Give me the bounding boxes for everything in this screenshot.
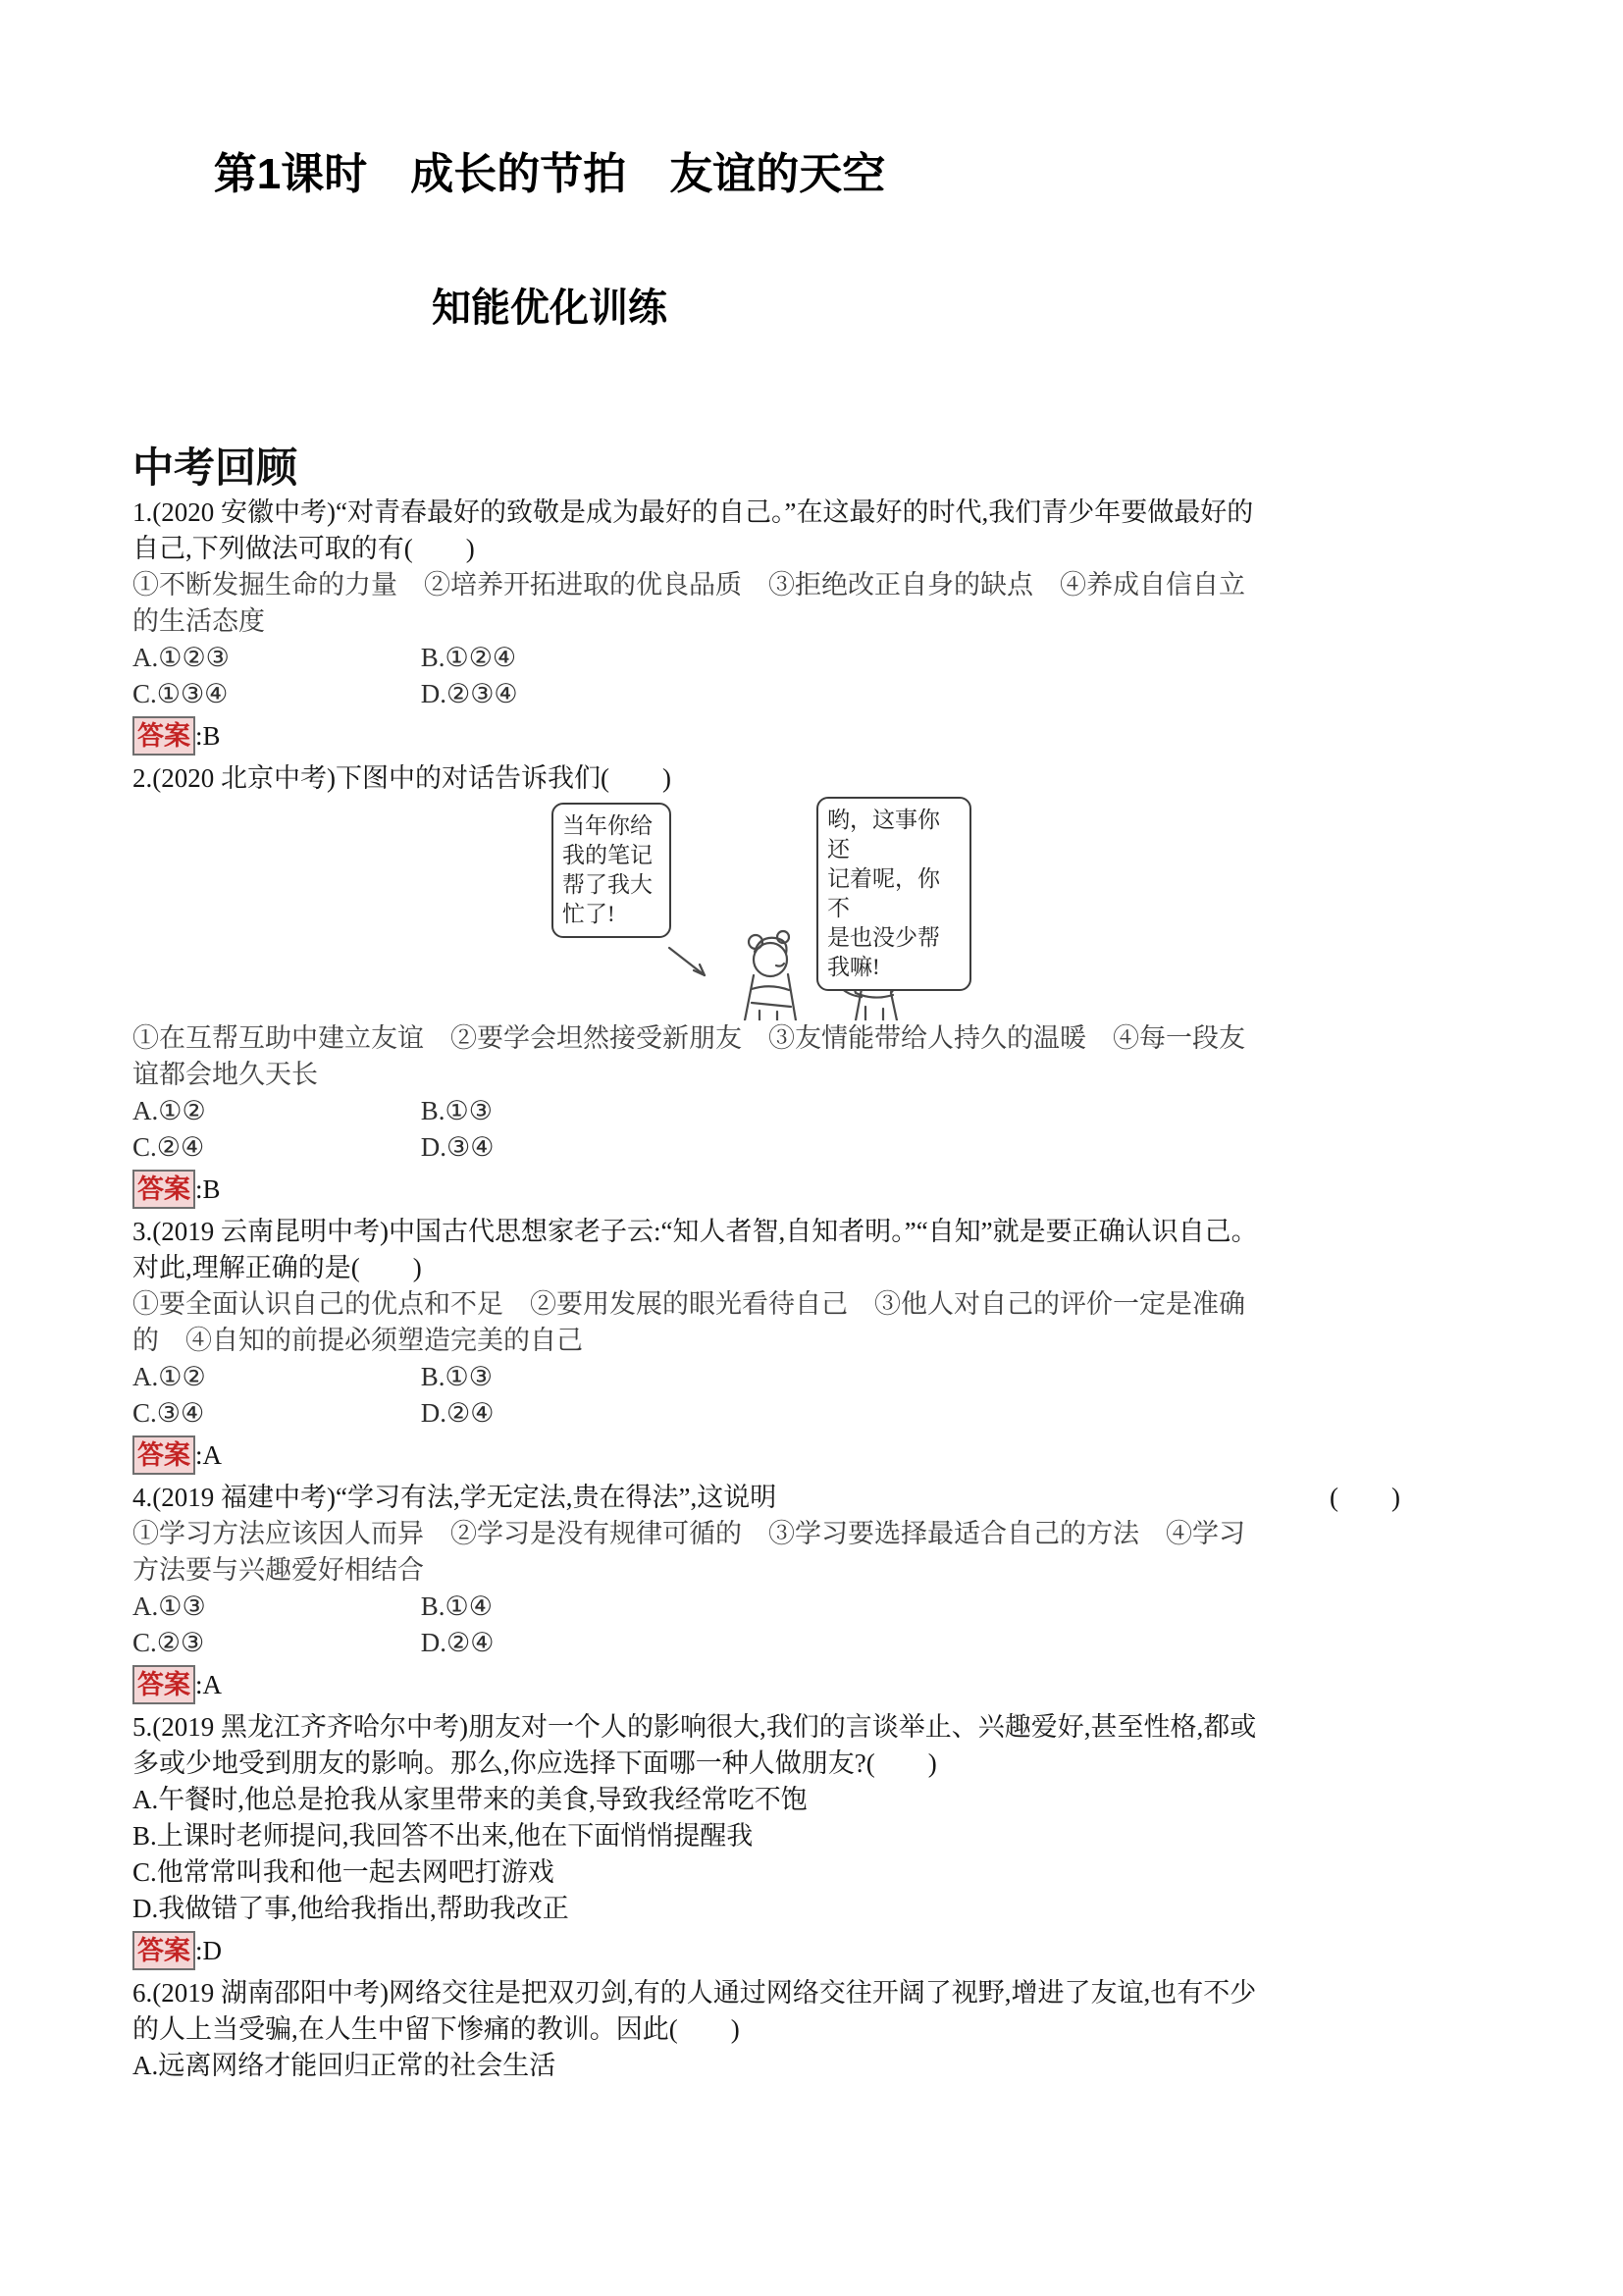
question-stem-line: 5.(2019 黑龙江齐齐哈尔中考)朋友对一个人的影响很大,我们的言谈举止、兴趣… — [132, 1709, 1496, 1746]
answer-value: D — [203, 1934, 223, 1967]
option-d: D.③④ — [421, 1132, 495, 1162]
answer-value: A — [203, 1668, 223, 1701]
option-row: A.①② B.①③ — [132, 1093, 1496, 1129]
dialogue-cartoon: 当年你给 我的笔记 帮了我大 忙了! 哟，这事你还 记着呢，你不 是也没少帮 我… — [550, 797, 1030, 1020]
question-stem-text: 4.(2019 福建中考)“学习有法,学无定法,贵在得法”,这说明 — [132, 1483, 776, 1512]
answer-colon: : — [195, 719, 203, 753]
option-d: D.②③④ — [421, 679, 518, 708]
answer-colon: : — [195, 1934, 203, 1967]
option-c: C.①③④ — [132, 676, 414, 712]
heading-block: 第1课时 成长的节拍 友谊的天空 知能优化训练 — [132, 147, 967, 334]
option-row: A.①③ B.①④ — [132, 1589, 1496, 1625]
answer-label: 答案 — [132, 1931, 195, 1970]
answer-blank-parens: ( ) — [1330, 1480, 1400, 1516]
page-subtitle: 知能优化训练 — [132, 283, 967, 334]
option-row: C.②③ D.②④ — [132, 1625, 1496, 1661]
option-a: A.①③ — [132, 1589, 414, 1625]
answer-colon: : — [195, 1173, 203, 1206]
answer-row: 答案 : B — [132, 1167, 1496, 1212]
answer-row: 答案 : A — [132, 1662, 1496, 1707]
question-stem-line: 的人上当受骗,在人生中留下惨痛的教训。因此( ) — [132, 2011, 1496, 2048]
speech-bubble-right: 哟，这事你还 记着呢，你不 是也没少帮 我嘛! — [816, 797, 971, 991]
answer-row: 答案 : B — [132, 713, 1496, 758]
question-items-line: ①在互帮互助中建立友谊 ②要学会坦然接受新朋友 ③友情能带给人持久的温暖 ④每一… — [132, 1020, 1496, 1057]
option-d: D.我做错了事,他给我指出,帮助我改正 — [132, 1891, 1496, 1927]
speech-bubble-left: 当年你给 我的笔记 帮了我大 忙了! — [551, 803, 671, 938]
option-b: B.①③ — [421, 1096, 493, 1125]
option-row: C.②④ D.③④ — [132, 1129, 1496, 1166]
option-a: A.午餐时,他总是抢我从家里带来的美食,导致我经常吃不饱 — [132, 1782, 1496, 1818]
option-a: A.①② — [132, 1093, 414, 1129]
page-title: 第1课时 成长的节拍 友谊的天空 — [132, 147, 967, 202]
question-5: 5.(2019 黑龙江齐齐哈尔中考)朋友对一个人的影响很大,我们的言谈举止、兴趣… — [132, 1709, 1496, 1973]
question-stem-line: 对此,理解正确的是( ) — [132, 1250, 1496, 1286]
option-row: A.①② B.①③ — [132, 1359, 1496, 1395]
option-a: A.①②③ — [132, 640, 414, 676]
option-d: D.②④ — [421, 1398, 495, 1428]
question-3: 3.(2019 云南昆明中考)中国古代思想家老子云:“知人者智,自知者明。”“自… — [132, 1214, 1496, 1478]
question-1: 1.(2020 安徽中考)“对青春最好的致敬是成为最好的自己。”在这最好的时代,… — [132, 495, 1496, 758]
question-items-line: ①不断发掘生命的力量 ②培养开拓进取的优良品质 ③拒绝改正自身的缺点 ④养成自信… — [132, 567, 1496, 603]
question-stem-line: 6.(2019 湖南邵阳中考)网络交往是把双刃剑,有的人通过网络交往开阔了视野,… — [132, 1975, 1496, 2011]
answer-label: 答案 — [132, 1170, 195, 1209]
option-b: B.①②④ — [421, 643, 516, 672]
option-a: A.①② — [132, 1359, 414, 1395]
question-items-line: 方法要与兴趣爱好相结合 — [132, 1552, 1496, 1589]
option-row: C.③④ D.②④ — [132, 1395, 1496, 1432]
answer-value: B — [203, 719, 221, 753]
answer-colon: : — [195, 1668, 203, 1701]
option-d: D.②④ — [421, 1628, 495, 1657]
question-items-line: 的 ④自知的前提必须塑造完美的自己 — [132, 1323, 1496, 1359]
option-c: C.他常常叫我和他一起去网吧打游戏 — [132, 1854, 1496, 1891]
question-4: 4.(2019 福建中考)“学习有法,学无定法,贵在得法”,这说明 ( ) ①学… — [132, 1480, 1496, 1707]
option-c: C.②④ — [132, 1129, 414, 1166]
answer-label: 答案 — [132, 716, 195, 756]
question-stem-line: 4.(2019 福建中考)“学习有法,学无定法,贵在得法”,这说明 ( ) — [132, 1480, 1496, 1516]
question-stem-line: 2.(2020 北京中考)下图中的对话告诉我们( ) — [132, 760, 1496, 797]
answer-row: 答案 : D — [132, 1928, 1496, 1973]
option-c: C.③④ — [132, 1395, 414, 1432]
question-items-line: ①要全面认识自己的优点和不足 ②要用发展的眼光看待自己 ③他人对自己的评价一定是… — [132, 1286, 1496, 1323]
answer-label: 答案 — [132, 1435, 195, 1475]
content-column: 第1课时 成长的节拍 友谊的天空 知能优化训练 中考回顾 1.(2020 安徽中… — [132, 0, 1496, 2084]
option-b: B.①③ — [421, 1362, 493, 1391]
option-row: A.①②③ B.①②④ — [132, 640, 1496, 676]
question-items-line: 谊都会地久天长 — [132, 1057, 1496, 1093]
question-2: 2.(2020 北京中考)下图中的对话告诉我们( ) 当年你给 我的笔记 帮了我… — [132, 760, 1496, 1212]
question-6: 6.(2019 湖南邵阳中考)网络交往是把双刃剑,有的人通过网络交往开阔了视野,… — [132, 1975, 1496, 2084]
question-items-line: ①学习方法应该因人而异 ②学习是没有规律可循的 ③学习要选择最适合自己的方法 ④… — [132, 1516, 1496, 1552]
answer-value: B — [203, 1173, 221, 1206]
answer-row: 答案 : A — [132, 1433, 1496, 1478]
question-stem-line: 多或少地受到朋友的影响。那么,你应选择下面哪一种人做朋友?( ) — [132, 1746, 1496, 1782]
option-a: A.远离网络才能回归正常的社会生活 — [132, 2048, 1496, 2084]
worksheet-page: 第1课时 成长的节拍 友谊的天空 知能优化训练 中考回顾 1.(2020 安徽中… — [0, 0, 1623, 2296]
question-stem-line: 3.(2019 云南昆明中考)中国古代思想家老子云:“知人者智,自知者明。”“自… — [132, 1214, 1496, 1250]
option-row: C.①③④ D.②③④ — [132, 676, 1496, 712]
section-heading: 中考回顾 — [132, 444, 1496, 495]
option-b: B.①④ — [421, 1592, 493, 1621]
answer-value: A — [203, 1438, 223, 1472]
question-items-line: 的生活态度 — [132, 603, 1496, 640]
answer-label: 答案 — [132, 1665, 195, 1704]
option-b: B.上课时老师提问,我回答不出来,他在下面悄悄提醒我 — [132, 1818, 1496, 1854]
question-stem-line: 自己,下列做法可取的有( ) — [132, 531, 1496, 567]
answer-colon: : — [195, 1438, 203, 1472]
question-stem-line: 1.(2020 安徽中考)“对青春最好的致敬是成为最好的自己。”在这最好的时代,… — [132, 495, 1496, 531]
option-c: C.②③ — [132, 1625, 414, 1661]
